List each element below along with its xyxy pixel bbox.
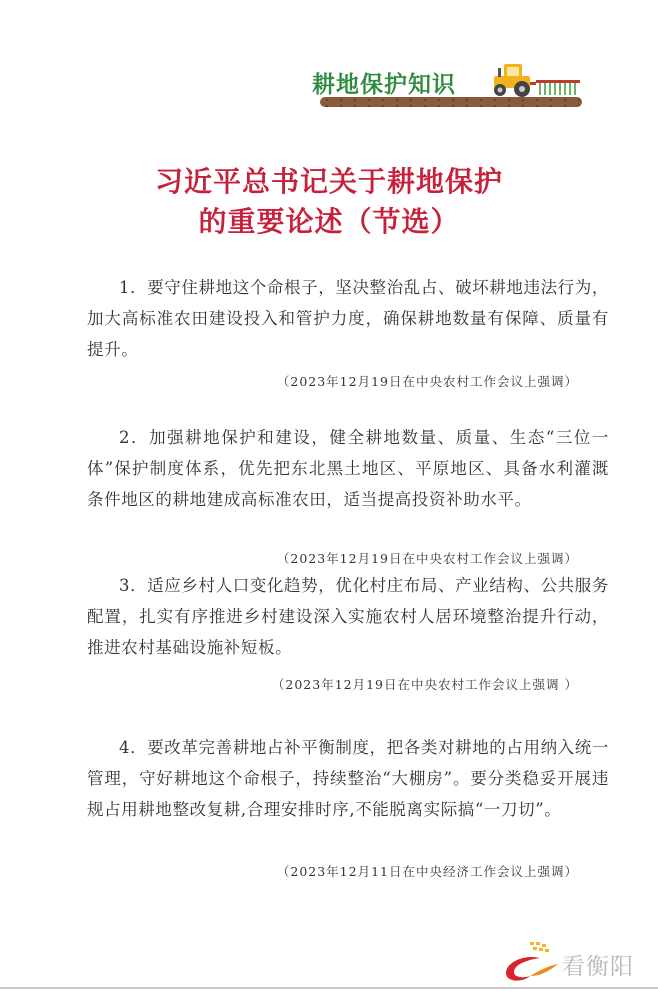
quote-source-4: （2023年12月11日在中央经济工作会议上强调）: [277, 862, 578, 880]
quote-source-2: （2023年12月19日在中央农村工作会议上强调）: [277, 549, 578, 567]
banner-title: 耕地保护知识: [312, 66, 456, 99]
quote-source-3: （2023年12月19日在中央农村工作会议上强调 ）: [272, 675, 578, 693]
tractor-icon: [490, 62, 585, 102]
quote-text: 1．要守住耕地这个命根子，坚决整治乱占、破坏耕地违法行为，加大高标准农田建设投入…: [87, 278, 609, 359]
quote-source-1: （2023年12月19日在中央农村工作会议上强调）: [277, 372, 578, 390]
quote-text: 4．要改革完善耕地占补平衡制度，把各类对耕地的占用纳入统一管理，守好耕地这个命根…: [87, 738, 609, 819]
quote-text: 3．适应乡村人口变化趋势，优化村庄布局、产业结构、公共服务配置，扎实有序推进乡村…: [87, 576, 609, 657]
quote-text: 2．加强耕地保护和建设，健全耕地数量、质量、生态“三位一体”保护制度体系，优先把…: [87, 428, 609, 509]
quote-item-3: 3．适应乡村人口变化趋势，优化村庄布局、产业结构、公共服务配置，扎实有序推进乡村…: [87, 570, 609, 663]
watermark-logo: 看衡阳: [500, 940, 658, 985]
kanhengyang-logo-icon: [500, 940, 560, 985]
quote-item-2: 2．加强耕地保护和建设，健全耕地数量、质量、生态“三位一体”保护制度体系，优先把…: [87, 422, 609, 515]
quote-item-4: 4．要改革完善耕地占补平衡制度，把各类对耕地的占用纳入统一管理，守好耕地这个命根…: [87, 732, 609, 825]
watermark-text: 看衡阳: [562, 948, 634, 981]
page-title-line-2: 的重要论述（节选）: [0, 200, 658, 240]
banner-header: 耕地保护知识: [300, 62, 585, 114]
bottom-divider: [0, 987, 658, 989]
page-title-line-1: 习近平总书记关于耕地保护: [0, 160, 658, 200]
quote-item-1: 1．要守住耕地这个命根子，坚决整治乱占、破坏耕地违法行为，加大高标准农田建设投入…: [87, 272, 609, 365]
